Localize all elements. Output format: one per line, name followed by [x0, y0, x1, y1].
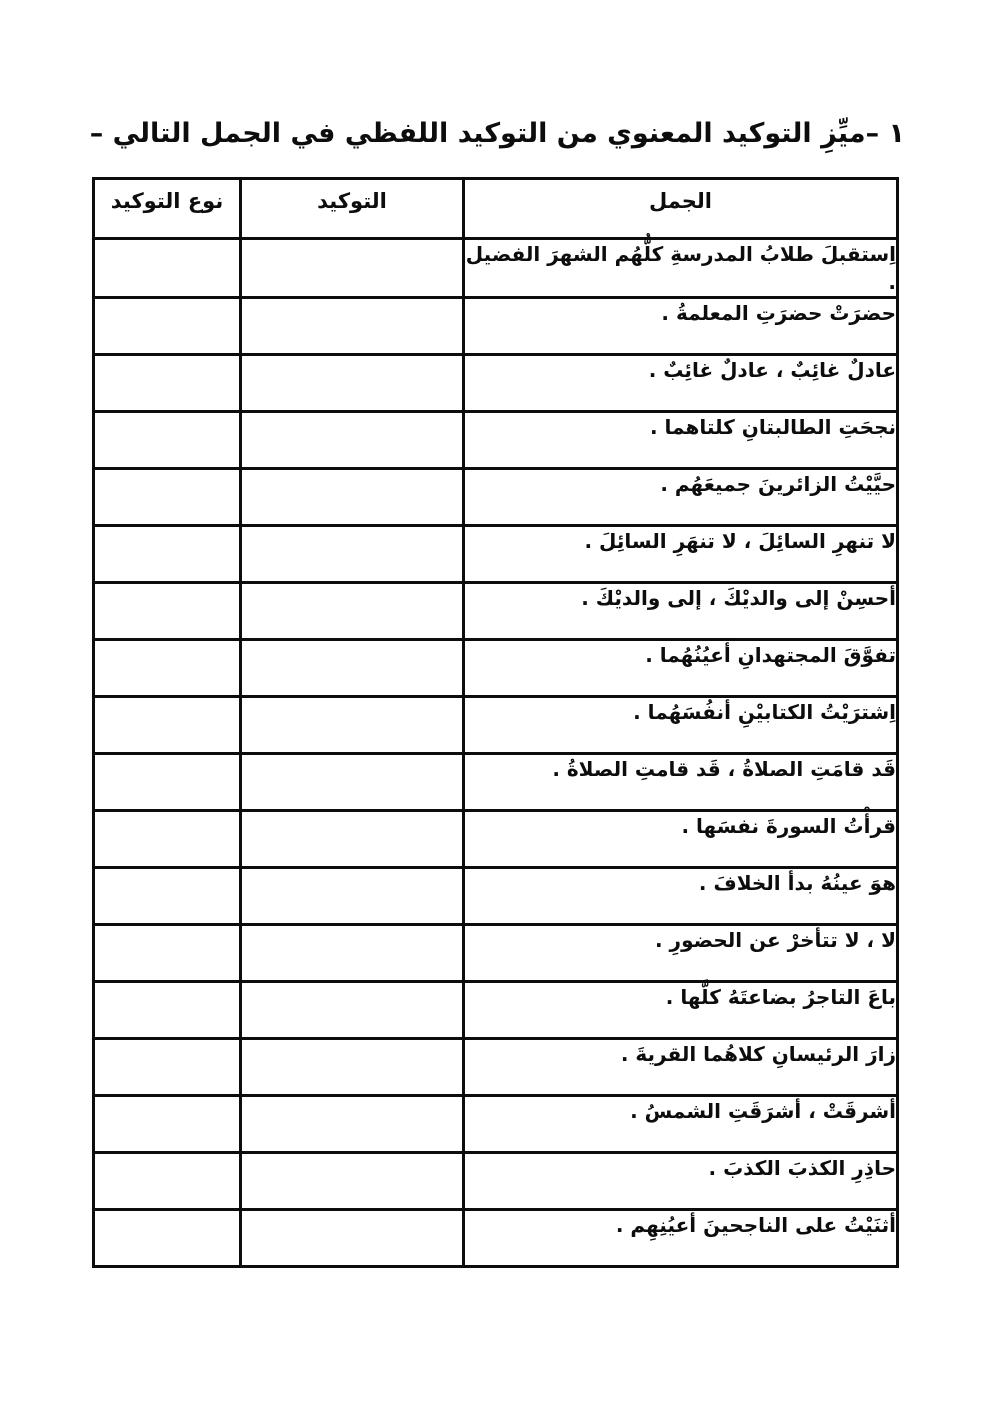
tawkid-type-answer-cell: [94, 754, 241, 811]
table-row: زارَ الرئيسانِ كلاهُما القريةَ .: [94, 1039, 898, 1096]
sentence-cell: اِستقبلَ طلابُ المدرسةِ كلُّهُم الشهرَ ا…: [464, 239, 898, 298]
table-row: لا تنهرِ السائِلَ ، لا تنهَرِ السائِلَ .: [94, 526, 898, 583]
header-row: الجمل التوكيد نوع التوكيد: [94, 179, 898, 239]
tawkid-type-answer-cell: [94, 583, 241, 640]
sentence-cell: لا تنهرِ السائِلَ ، لا تنهَرِ السائِلَ .: [464, 526, 898, 583]
table-row: باعَ التاجرُ بضاعتَهُ كلَّها .: [94, 982, 898, 1039]
table-row: حيَّيْتُ الزائرينَ جميعَهُم .: [94, 469, 898, 526]
tawkid-answer-cell: [241, 640, 464, 697]
tawkid-type-answer-cell: [94, 1096, 241, 1153]
tawkid-answer-cell: [241, 412, 464, 469]
tawkid-answer-cell: [241, 982, 464, 1039]
tawkid-type-answer-cell: [94, 355, 241, 412]
tawkid-answer-cell: [241, 526, 464, 583]
tawkid-answer-cell: [241, 355, 464, 412]
tawkid-type-answer-cell: [94, 1153, 241, 1210]
table-row: عادلٌ غائِبٌ ، عادلٌ غائِبٌ .: [94, 355, 898, 412]
table-header: الجمل التوكيد نوع التوكيد: [94, 179, 898, 239]
tawkid-answer-cell: [241, 1096, 464, 1153]
tawkid-answer-cell: [241, 583, 464, 640]
sentence-cell: تفوَّقَ المجتهدانِ أَعيُنُهُما .: [464, 640, 898, 697]
sentence-cell: هوَ عينُهُ بدأَ الخلافَ .: [464, 868, 898, 925]
table-row: قرأْتُ السورةَ نفسَها .: [94, 811, 898, 868]
table-row: نجحَتِ الطالبتانِ كلتاهما .: [94, 412, 898, 469]
sentence-cell: أثنَيْتُ على الناجحينَ أعيُنِهِم .: [464, 1210, 898, 1267]
table-row: اِشترَيْتُ الكتابيْنِ أنفُسَهُما .: [94, 697, 898, 754]
tawkid-answer-cell: [241, 697, 464, 754]
sentence-rows: اِستقبلَ طلابُ المدرسةِ كلُّهُم الشهرَ ا…: [94, 239, 898, 1267]
tawkid-answer-cell: [241, 298, 464, 355]
tawkid-answer-cell: [241, 1039, 464, 1096]
tawkid-answer-cell: [241, 811, 464, 868]
tawkid-answer-cell: [241, 469, 464, 526]
table-row: حضرَتْ حضرَتِ المعلمةُ .: [94, 298, 898, 355]
sentence-cell: نجحَتِ الطالبتانِ كلتاهما .: [464, 412, 898, 469]
sentence-cell: عادلٌ غائِبٌ ، عادلٌ غائِبٌ .: [464, 355, 898, 412]
worksheet-page: ١ –ميِّزِ التوكيد المعنوي من التوكيد الل…: [0, 0, 992, 1403]
sentence-cell: لا ، لا تتأَخرْ عن الحضورِ .: [464, 925, 898, 982]
sentence-cell: قرأْتُ السورةَ نفسَها .: [464, 811, 898, 868]
tawkid-type-answer-cell: [94, 925, 241, 982]
table-row: هوَ عينُهُ بدأَ الخلافَ .: [94, 868, 898, 925]
tawkid-answer-cell: [241, 754, 464, 811]
tawkid-type-answer-cell: [94, 811, 241, 868]
sentence-cell: زارَ الرئيسانِ كلاهُما القريةَ .: [464, 1039, 898, 1096]
tawkid-answer-cell: [241, 868, 464, 925]
tawkid-type-answer-cell: [94, 526, 241, 583]
column-header-sentences: الجمل: [464, 179, 898, 239]
tawkid-answer-cell: [241, 1153, 464, 1210]
column-header-tawkid-type: نوع التوكيد: [94, 179, 241, 239]
table-row: أثنَيْتُ على الناجحينَ أعيُنِهِم .: [94, 1210, 898, 1267]
table-row: لا ، لا تتأَخرْ عن الحضورِ .: [94, 925, 898, 982]
table-row: تفوَّقَ المجتهدانِ أَعيُنُهُما .: [94, 640, 898, 697]
sentence-cell: حاذِرِ الكذبَ الكذبَ .: [464, 1153, 898, 1210]
column-header-tawkid: التوكيد: [241, 179, 464, 239]
tawkid-type-answer-cell: [94, 640, 241, 697]
sentence-cell: اِشترَيْتُ الكتابيْنِ أنفُسَهُما .: [464, 697, 898, 754]
tawkid-type-answer-cell: [94, 239, 241, 298]
sentence-cell: قَد قامَتِ الصلاةُ ، قَد قامتِ الصلاةُ .: [464, 754, 898, 811]
sentence-cell: أَحسِنْ إلى والديْكَ ، إلى والديْكَ .: [464, 583, 898, 640]
sentence-cell: باعَ التاجرُ بضاعتَهُ كلَّها .: [464, 982, 898, 1039]
table-row: أشرقَتْ ، أشرَقَتِ الشمسُ .: [94, 1096, 898, 1153]
tawkid-type-answer-cell: [94, 469, 241, 526]
table-row: قَد قامَتِ الصلاةُ ، قَد قامتِ الصلاةُ .: [94, 754, 898, 811]
tawkid-answer-cell: [241, 925, 464, 982]
tawkid-answer-cell: [241, 1210, 464, 1267]
table-row: اِستقبلَ طلابُ المدرسةِ كلُّهُم الشهرَ ا…: [94, 239, 898, 298]
page-title: ١ –ميِّزِ التوكيد المعنوي من التوكيد الل…: [92, 118, 905, 149]
tawkid-type-answer-cell: [94, 412, 241, 469]
table-row: أَحسِنْ إلى والديْكَ ، إلى والديْكَ .: [94, 583, 898, 640]
tawkid-type-answer-cell: [94, 1210, 241, 1267]
sentence-cell: حيَّيْتُ الزائرينَ جميعَهُم .: [464, 469, 898, 526]
worksheet-table: الجمل التوكيد نوع التوكيد اِستقبلَ طلابُ…: [92, 177, 899, 1268]
tawkid-answer-cell: [241, 239, 464, 298]
sentence-cell: حضرَتْ حضرَتِ المعلمةُ .: [464, 298, 898, 355]
sentence-cell: أشرقَتْ ، أشرَقَتِ الشمسُ .: [464, 1096, 898, 1153]
tawkid-type-answer-cell: [94, 1039, 241, 1096]
tawkid-type-answer-cell: [94, 697, 241, 754]
tawkid-type-answer-cell: [94, 982, 241, 1039]
tawkid-type-answer-cell: [94, 298, 241, 355]
table-row: حاذِرِ الكذبَ الكذبَ .: [94, 1153, 898, 1210]
tawkid-type-answer-cell: [94, 868, 241, 925]
